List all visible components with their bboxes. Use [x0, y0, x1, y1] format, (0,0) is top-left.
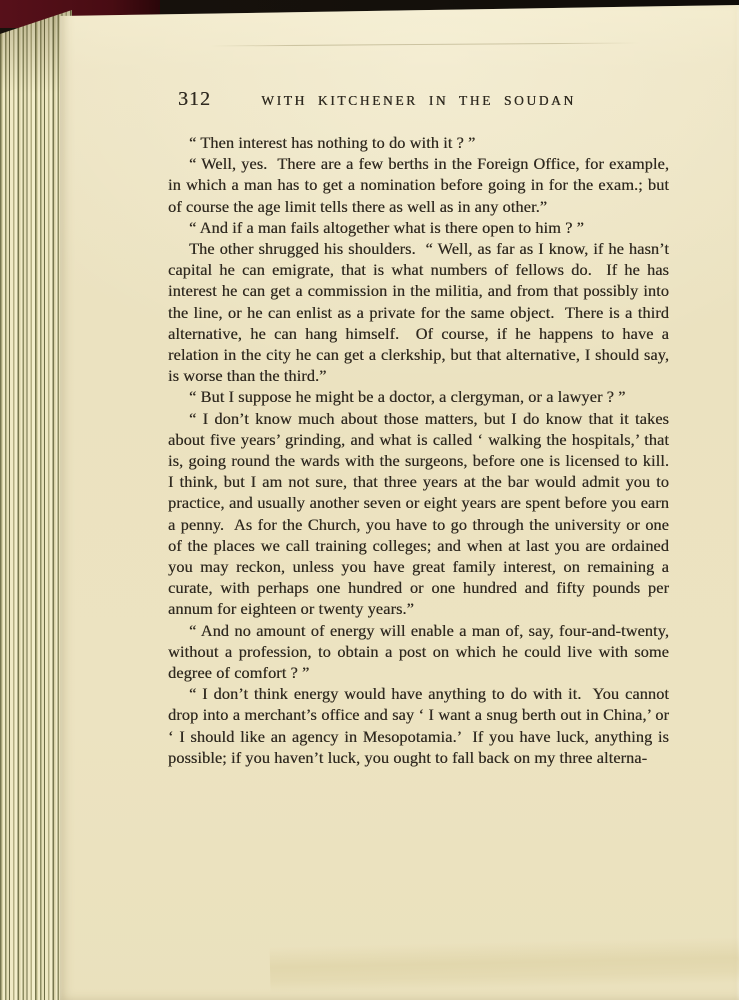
paragraph-8: “ I don’t think energy would have anythi…	[168, 683, 669, 768]
book-photo: 312 WITH KITCHENER IN THE SOUDAN “ Then …	[0, 0, 739, 1000]
page-text: “ Then interest has nothing to do with i…	[168, 132, 669, 768]
page-bottom-sheen	[270, 937, 739, 993]
paragraph-2: “ Well, yes. There are a few berths in t…	[168, 153, 669, 217]
paragraph-7: “ And no amount of energy will enable a …	[168, 620, 669, 684]
paragraph-1: “ Then interest has nothing to do with i…	[168, 132, 669, 153]
paragraph-6: “ I don’t know much about those matters,…	[168, 408, 669, 620]
running-title: WITH KITCHENER IN THE SOUDAN	[168, 93, 669, 109]
paragraph-5: “ But I suppose he might be a doctor, a …	[168, 386, 669, 407]
book-page: 312 WITH KITCHENER IN THE SOUDAN “ Then …	[60, 0, 739, 1000]
page-crease	[210, 42, 640, 46]
paragraph-3: “ And if a man fails altogether what is …	[168, 217, 669, 238]
paragraph-4: The other shrugged his shoulders. “ Well…	[168, 238, 669, 386]
page-header: 312 WITH KITCHENER IN THE SOUDAN	[168, 88, 669, 114]
